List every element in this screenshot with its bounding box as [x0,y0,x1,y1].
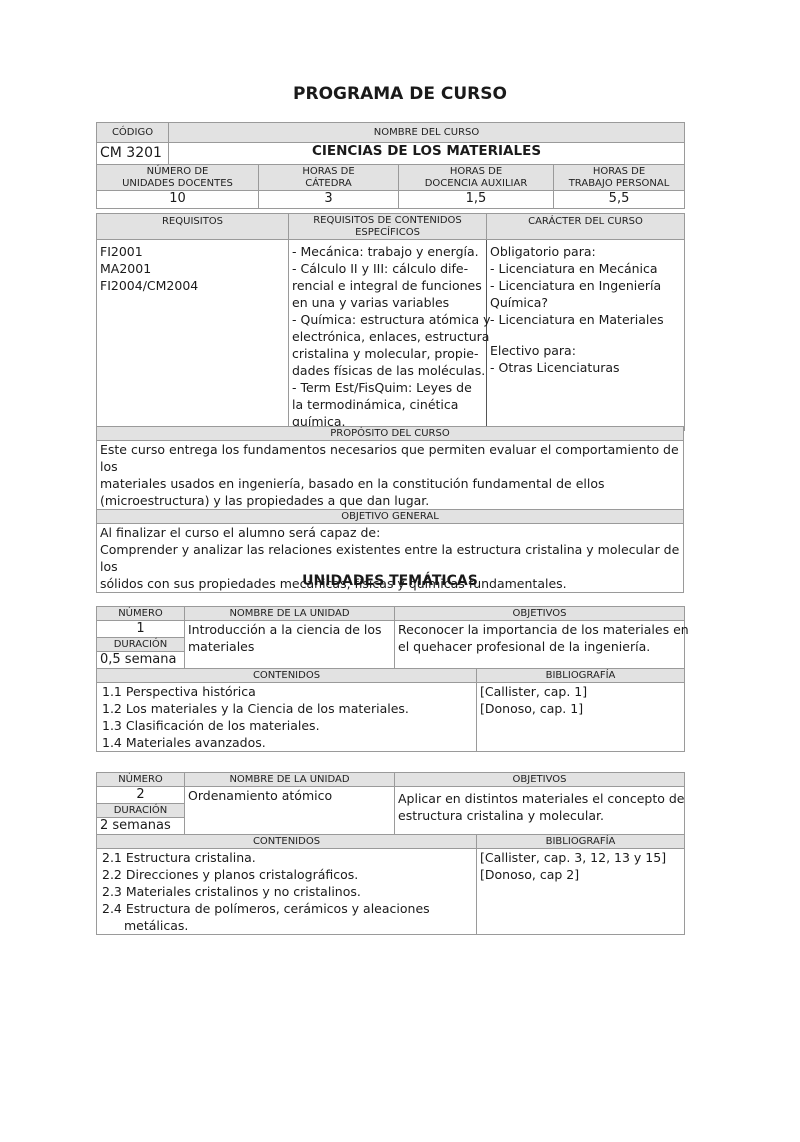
content-item: 2.2 Direcciones y planos cristalográfico… [102,866,473,883]
personal-hours-value: 5,5 [554,191,685,209]
lecture-hours-value: 3 [259,191,399,209]
duration-header: DURACIÓN [97,638,185,652]
content-item: 2.4 Estructura de polímeros, cerámicos y… [102,900,473,917]
code-header: CÓDIGO [97,123,169,143]
requirement-item: FI2001 [100,243,285,260]
units-section-title: UNIDADES TEMÁTICAS [0,573,780,589]
content-item: 2.1 Estructura cristalina. [102,849,473,866]
course-name: CIENCIAS DE LOS MATERIALES [169,143,685,165]
requirements-list: FI2001 MA2001 FI2004/CM2004 [97,240,289,431]
units-header: NÚMERO DEUNIDADES DOCENTES [97,165,259,191]
unit-name-header: NOMBRE DE LA UNIDAD [185,607,395,621]
duration-header: DURACIÓN [97,804,185,818]
page-title: PROGRAMA DE CURSO [0,84,800,104]
unit-table: NÚMERO NOMBRE DE LA UNIDAD OBJETIVOS 2 O… [96,772,685,935]
content-item: 1.2 Los materiales y la Ciencia de los m… [102,700,473,717]
unit-contents: 2.1 Estructura cristalina. 2.2 Direccion… [97,849,477,935]
unit-name: Ordenamiento atómico [185,787,395,835]
purpose-text: Este curso entrega los fundamentos neces… [97,441,684,510]
course-code: CM 3201 [97,143,169,165]
unit-bibliography: [Callister, cap. 3, 12, 13 y 15] [Donoso… [477,849,685,935]
content-item-continuation: metálicas. [102,917,473,934]
bibliography-header: BIBLIOGRAFÍA [477,835,685,849]
requirements-table: REQUISITOS REQUISITOS DE CONTENIDOSESPEC… [96,213,685,431]
contents-header: CONTENIDOS [97,835,477,849]
content-requirements-list: - Mecánica: trabajo y energía. - Cálculo… [289,240,487,431]
personal-hours-header: HORAS DETRABAJO PERSONAL [554,165,685,191]
requirement-item: FI2004/CM2004 [100,277,285,294]
objectives-header: OBJETIVOS [395,607,685,621]
lecture-hours-header: HORAS DECÁTEDRA [259,165,399,191]
content-item: 1.4 Materiales avanzados. [102,734,473,751]
purpose-header: PROPÓSITO DEL CURSO [97,427,684,441]
course-character-list: Obligatorio para: - Licenciatura en Mecá… [487,240,685,431]
unit-duration: 0,5 semana [97,652,185,669]
course-name-header: NOMBRE DEL CURSO [169,123,685,143]
content-item: 1.1 Perspectiva histórica [102,683,473,700]
content-item: 2.3 Materiales cristalinos y no cristali… [102,883,473,900]
content-requirements-header: REQUISITOS DE CONTENIDOSESPECÍFICOS [289,214,487,240]
bibliography-item: [Donoso, cap 2] [480,866,681,883]
unit-contents: 1.1 Perspectiva histórica 1.2 Los materi… [97,683,477,752]
unit-number: 1 [97,621,185,638]
aux-hours-header: HORAS DEDOCENCIA AUXILIAR [399,165,554,191]
unit-objectives: Reconocer la importancia de los material… [395,621,685,669]
unit-name: Introducción a la ciencia de los materia… [185,621,395,669]
unit-number: 2 [97,787,185,804]
number-header: NÚMERO [97,773,185,787]
number-header: NÚMERO [97,607,185,621]
general-objective-header: OBJETIVO GENERAL [97,510,684,524]
requirements-header: REQUISITOS [97,214,289,240]
contents-header: CONTENIDOS [97,669,477,683]
unit-bibliography: [Callister, cap. 1] [Donoso, cap. 1] [477,683,685,752]
bibliography-header: BIBLIOGRAFÍA [477,669,685,683]
character-header: CARÁCTER DEL CURSO [487,214,685,240]
unit-name-header: NOMBRE DE LA UNIDAD [185,773,395,787]
unit-objectives: Aplicar en distintos materiales el conce… [395,787,685,835]
content-item: 1.3 Clasificación de los materiales. [102,717,473,734]
course-info-table: CÓDIGO NOMBRE DEL CURSO CM 3201 CIENCIAS… [96,122,685,209]
unit-duration: 2 semanas [97,818,185,835]
unit-table: NÚMERO NOMBRE DE LA UNIDAD OBJETIVOS 1 I… [96,606,685,752]
bibliography-item: [Callister, cap. 1] [480,683,681,700]
objectives-header: OBJETIVOS [395,773,685,787]
purpose-table: PROPÓSITO DEL CURSO Este curso entrega l… [96,426,684,593]
bibliography-item: [Callister, cap. 3, 12, 13 y 15] [480,849,681,866]
units-value: 10 [97,191,259,209]
bibliography-item: [Donoso, cap. 1] [480,700,681,717]
requirement-item: MA2001 [100,260,285,277]
aux-hours-value: 1,5 [399,191,554,209]
